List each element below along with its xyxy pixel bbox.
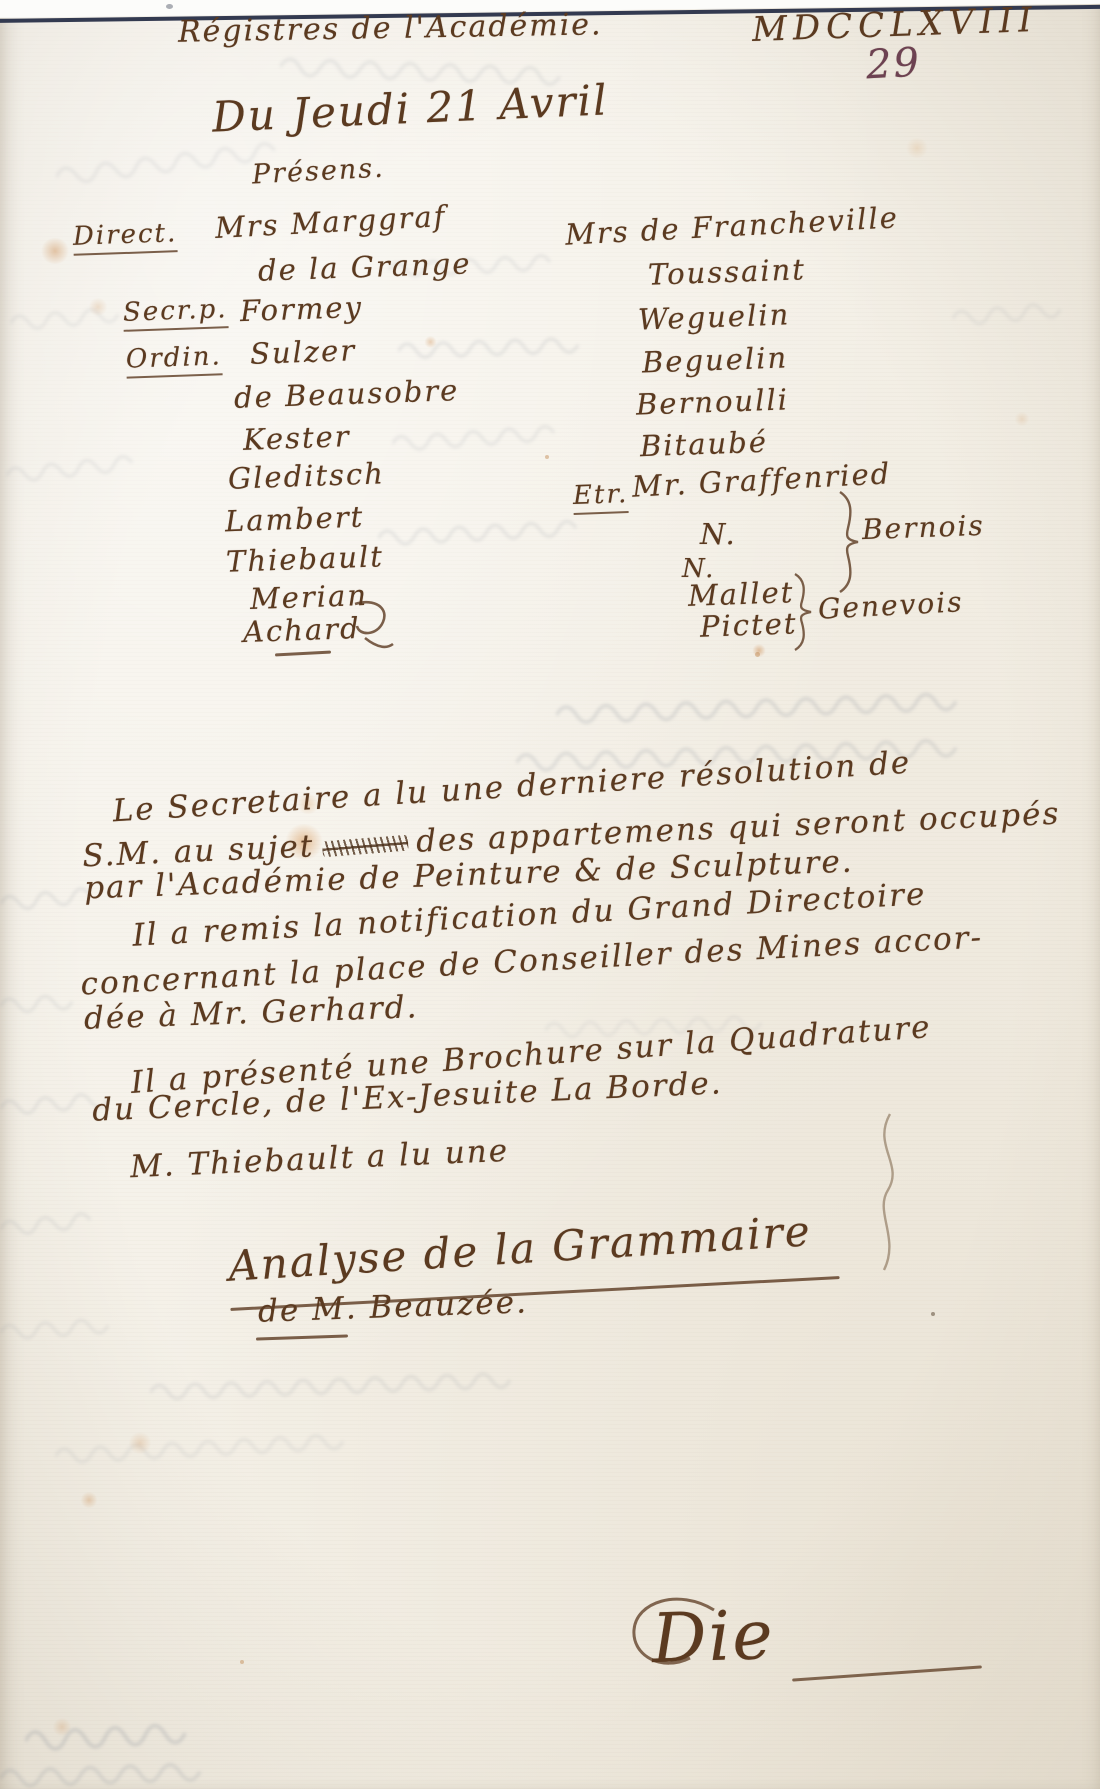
edge-smudge [166, 4, 173, 9]
ghost-writing [0, 1199, 121, 1241]
list-end-dash [275, 651, 331, 656]
role-label-secretary: Secr.p. [123, 296, 228, 326]
foxing-stain [128, 1432, 152, 1454]
foxing-stain [40, 238, 70, 264]
presens-label: Présens. [251, 155, 385, 189]
attendee-name: Thiebault [226, 542, 385, 576]
attendee-name: Mrs Marggraf [214, 202, 447, 243]
body-line: dée à Mr. Gerhard. [84, 992, 419, 1035]
origin-tag-genevois: Genevois [817, 588, 964, 624]
work-title-line: de M. Beauzée. [258, 1287, 529, 1327]
page-number: 29 [865, 43, 922, 86]
margin-squiggle [866, 1112, 910, 1276]
foxing-stain [424, 336, 437, 348]
genevois-brace [792, 572, 818, 656]
foxing-stain [88, 298, 108, 316]
body-line: M. Thiebault a lu une [130, 1136, 510, 1184]
ghost-writing [5, 442, 157, 488]
ghost-writing [377, 510, 583, 551]
attendee-name: Pictet [700, 609, 798, 641]
attendee-name: Lambert [225, 503, 365, 537]
strikethrough-scribble [322, 834, 409, 857]
attendee-name: Achard [243, 614, 362, 647]
attendee-name: Toussaint [648, 255, 807, 289]
attendee-name: Sulzer [250, 336, 357, 369]
ghost-writing [24, 1711, 196, 1756]
origin-tag-bernois: Bernois [862, 512, 986, 544]
bernois-brace [836, 490, 866, 598]
role-label-ordinary: Ordin. [126, 343, 223, 372]
ghost-writing [9, 294, 141, 335]
ghost-writing [391, 414, 568, 456]
foxing-stain [52, 1718, 72, 1736]
date-line: Du Jeudi 21 Avril [211, 79, 609, 138]
attendee-name: N. [700, 520, 737, 549]
attendee-name: de Beausobre [234, 376, 460, 413]
ghost-writing [54, 1422, 375, 1471]
title-underline-short [256, 1334, 348, 1340]
attendee-name: Bitaubé [640, 428, 769, 461]
attendee-name: de la Grange [258, 249, 472, 285]
role-label-director: Direct. [73, 220, 178, 250]
ghost-writing [0, 1305, 141, 1345]
ghost-writing [0, 1751, 211, 1789]
attendee-name: Gleditsch [228, 459, 386, 493]
attendee-name: Bernoulli [636, 385, 790, 419]
attendee-name: Kester [243, 422, 352, 455]
work-title-line: Analyse de la Grammaire [227, 1210, 812, 1288]
foxing-stain [1014, 412, 1030, 426]
ghost-writing [556, 681, 977, 730]
attendee-name: Mrs de Francheville [564, 203, 899, 249]
attendee-name: Formey [240, 293, 364, 326]
ghost-writing [951, 289, 1088, 331]
register-header: Régistres de l'Académie. [178, 10, 603, 47]
attendee-name: Beguelin [642, 343, 789, 377]
attendee-name: Weguelin [638, 300, 791, 334]
manuscript-page: Régistres de l'Académie. MDCCLXVIII 29 D… [0, 0, 1100, 1789]
foxing-stain [905, 138, 929, 158]
paraph-flourish [345, 598, 397, 664]
ghost-writing [150, 1361, 531, 1406]
foxing-stain [80, 1492, 98, 1508]
catchword-flourish-tail [792, 1665, 982, 1681]
catchword-flourish-loop [628, 1596, 718, 1680]
role-label-foreign: Etr. [573, 481, 629, 509]
